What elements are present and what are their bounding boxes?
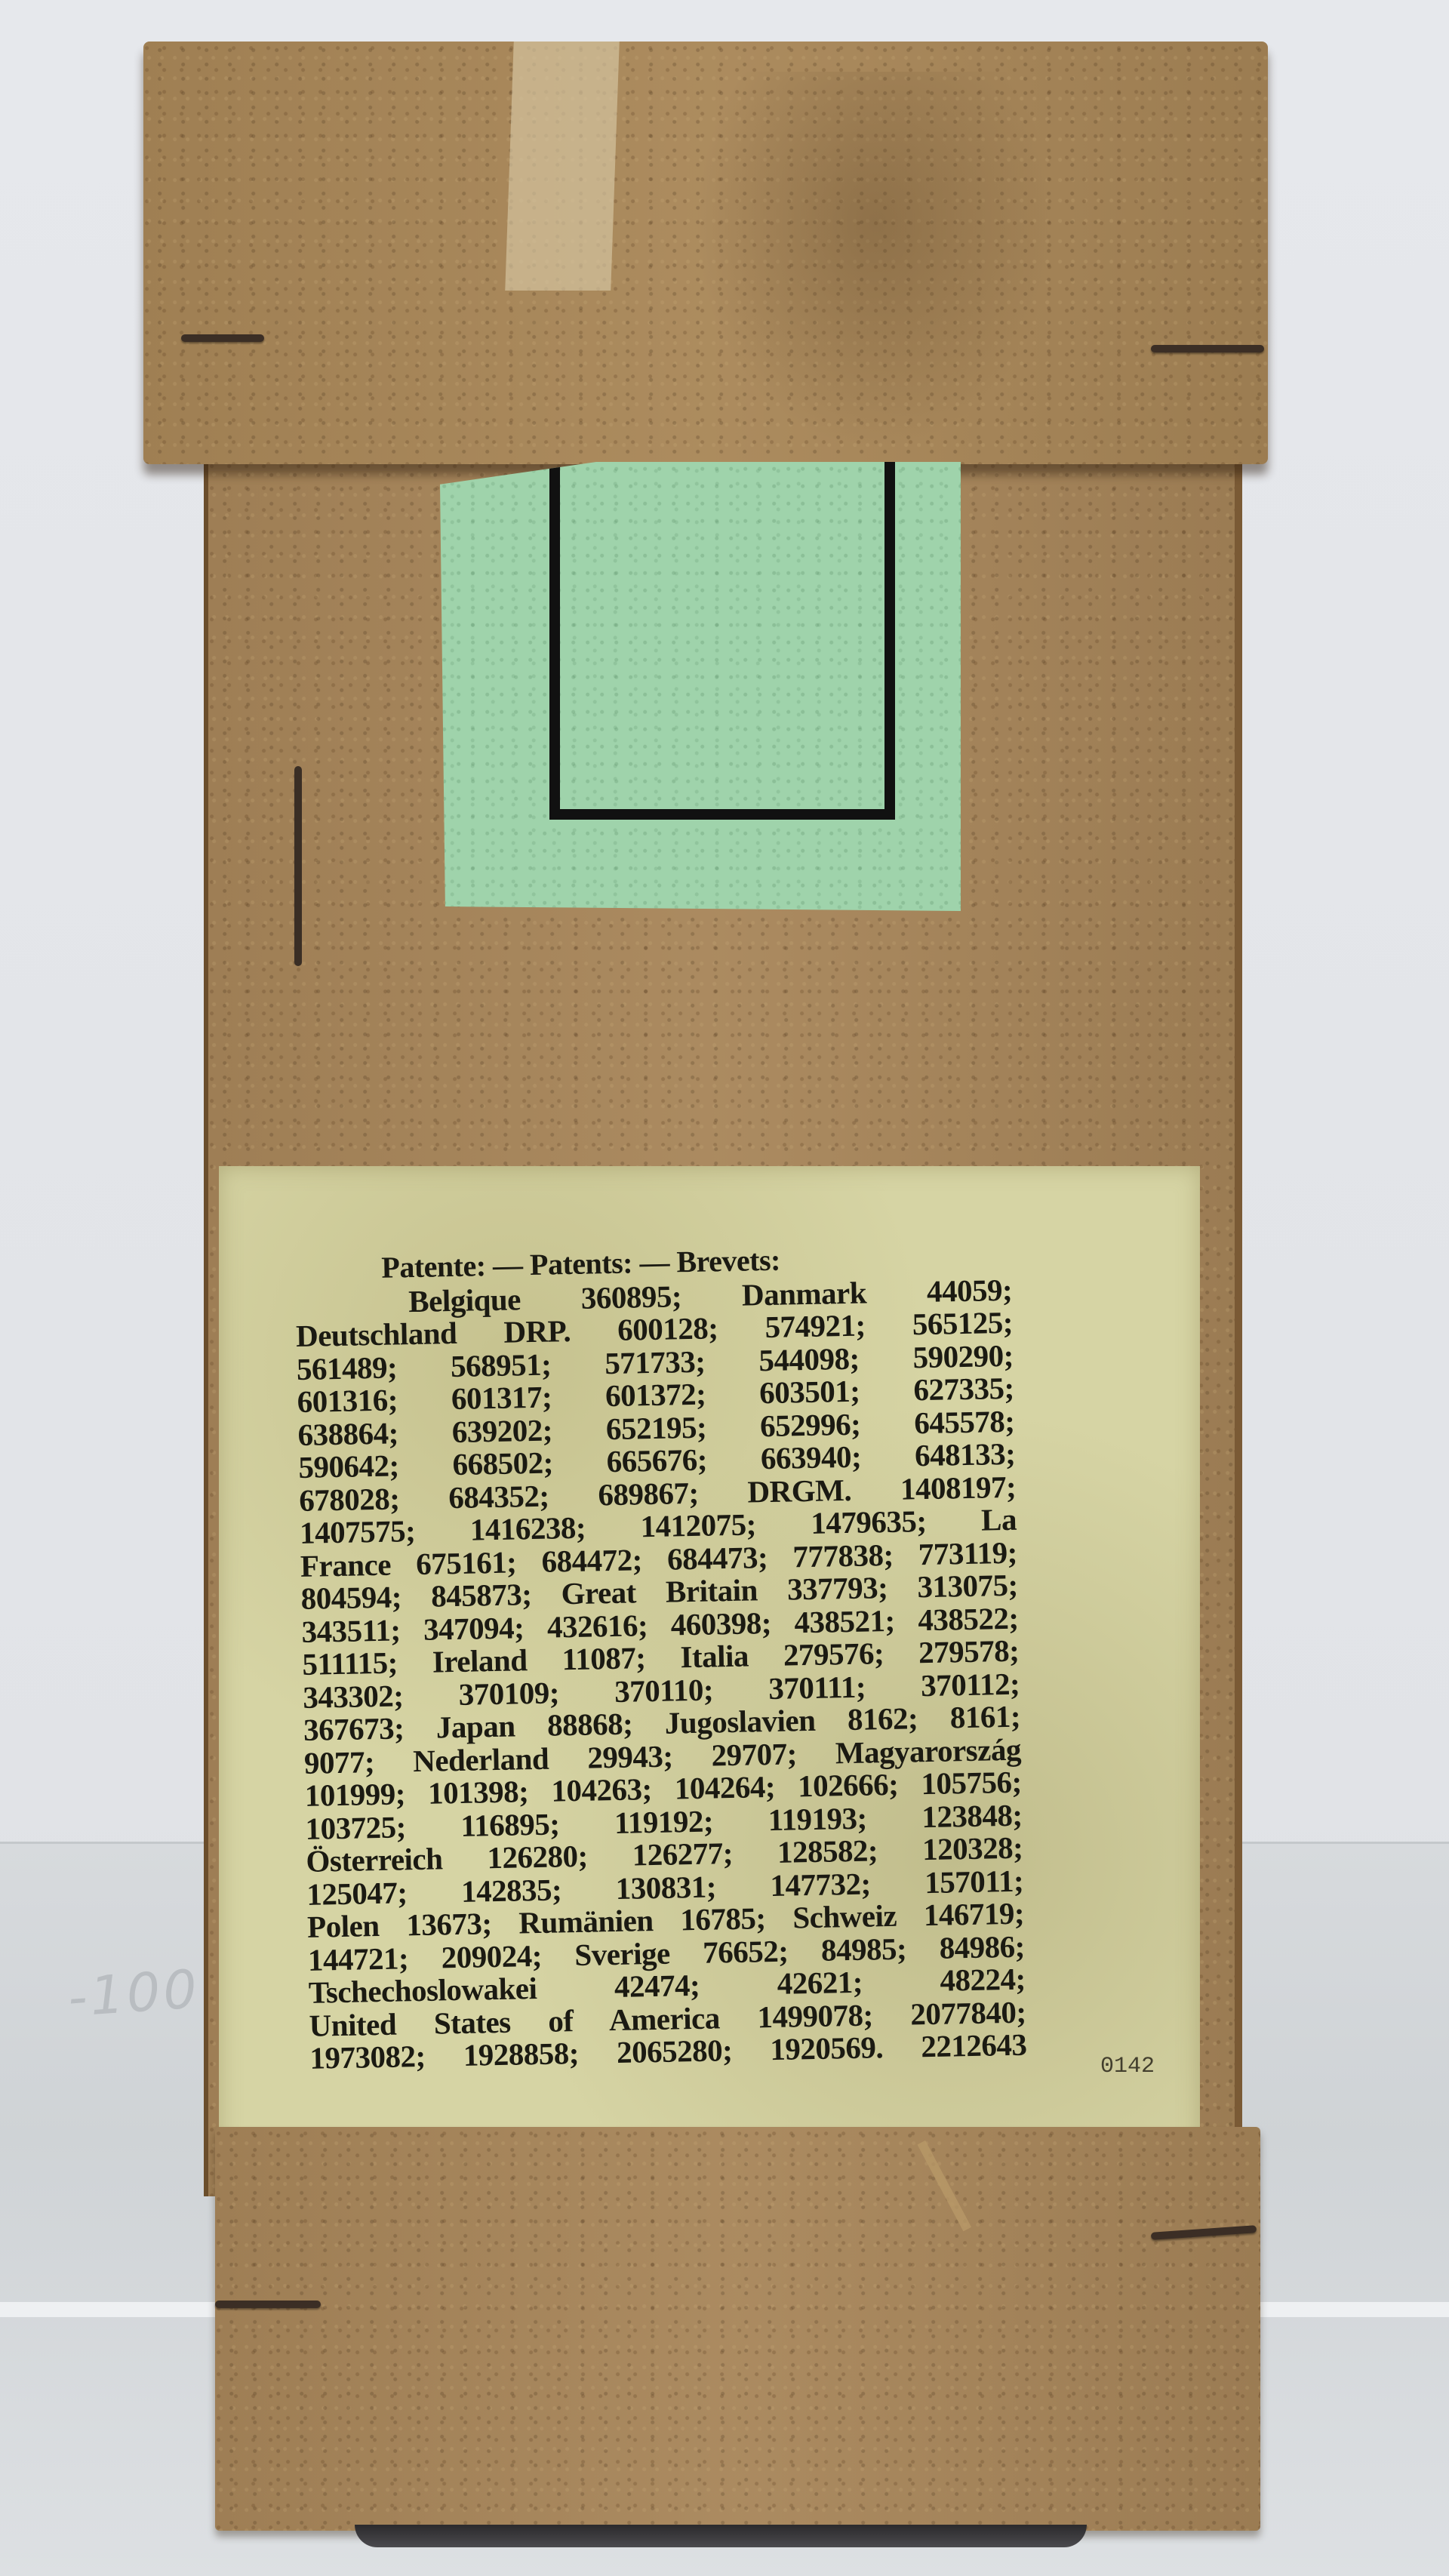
black-frame-outline xyxy=(549,462,895,820)
counter-embossed-mark: -100 xyxy=(66,1958,202,2029)
staple-icon xyxy=(1151,345,1264,352)
staple-icon xyxy=(1151,2225,1257,2240)
water-stain xyxy=(694,72,1057,449)
staple-icon xyxy=(181,334,264,342)
metal-tin-edge xyxy=(355,2525,1087,2547)
tape-strip xyxy=(505,42,620,291)
cardboard-bottom-sleeve xyxy=(215,2127,1260,2531)
staple-icon xyxy=(294,766,302,966)
patent-label: Patente: — Patents: — Brevets: Belgique … xyxy=(219,1166,1200,2155)
staple-icon xyxy=(215,2301,321,2308)
print-code: 0142 xyxy=(1100,2054,1155,2079)
cardboard-lid xyxy=(143,42,1268,464)
green-label xyxy=(440,462,961,911)
patent-list: Patente: — Patents: — Brevets: Belgique … xyxy=(294,1239,1027,2076)
